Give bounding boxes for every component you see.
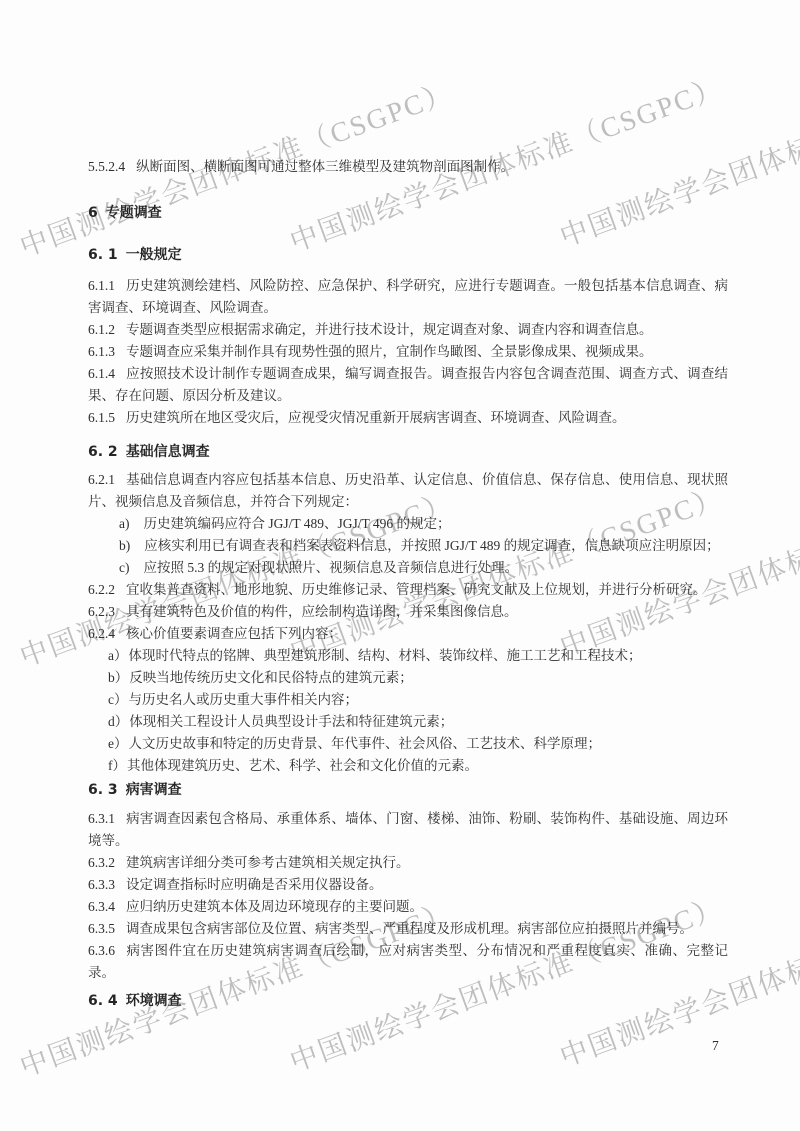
clause-text: 建筑病害详细分类可参考古建筑相关规定执行。 <box>126 855 410 870</box>
list-item-c: c)应按照 5.3 的规定对现状照片、视频信息及音频信息进行处理。 <box>88 557 728 579</box>
list-label: c) <box>119 560 130 575</box>
list-item-c: c）与历史名人或历史重大事件相关内容； <box>88 689 728 711</box>
clause-number: 6.1.2 <box>88 322 115 337</box>
clause-text: 基础信息调查内容应包括基本信息、历史沿革、认定信息、价值信息、保存信息、使用信息… <box>88 472 728 509</box>
section-number: 6. 3 <box>88 782 118 798</box>
clause-text: 调查成果包含病害部位及位置、病害类型、严重程度及形成机理。病害部位应拍摄照片并编… <box>126 921 693 936</box>
section-heading-6.3: 6. 3病害调查 <box>88 779 728 801</box>
list-text: 其他体现建筑历史、艺术、科学、社会和文化价值的元素。 <box>127 758 478 773</box>
section-heading-6.4: 6. 4环境调查 <box>88 990 728 1012</box>
clause-number: 6.1.5 <box>88 410 115 425</box>
clause-6.1.4: 6.1.4应按照技术设计制作专题调查成果，编写调查报告。调查报告内容包含调查范围… <box>88 363 728 407</box>
document-page: 中国测绘学会团体标准（CSGPC） 中国测绘学会团体标准（CSGPC） 中国测绘… <box>0 0 800 1131</box>
list-item-f: f）其他体现建筑历史、艺术、科学、社会和文化价值的元素。 <box>88 755 728 777</box>
clause-number: 6.3.1 <box>88 811 115 826</box>
clause-text: 病害图件宜在历史建筑病害调查后绘制，应对病害类型、分布情况和严重程度真实、准确、… <box>88 943 728 980</box>
list-item-a: a）体现时代特点的铭牌、典型建筑形制、结构、材料、装饰纹样、施工工艺和工程技术； <box>88 645 728 667</box>
list-label: a） <box>108 648 128 663</box>
list-item-a: a)历史建筑编码应符合 JGJ/T 489、JGJ/T 496 的规定； <box>88 513 728 535</box>
list-text: 人文历史故事和特定的历史背景、年代事件、社会风俗、工艺技术、科学原理； <box>129 736 602 751</box>
clause-number: 6.2.3 <box>88 604 115 619</box>
list-label: a) <box>119 516 130 531</box>
clause-text: 应归纳历史建筑本体及周边环境现存的主要问题。 <box>126 899 423 914</box>
section-title: 病害调查 <box>126 782 182 798</box>
chapter-heading-6: 6专题调查 <box>88 202 728 224</box>
section-title: 环境调查 <box>126 993 182 1009</box>
section-number: 6. 4 <box>88 993 118 1009</box>
list-item-e: e）人文历史故事和特定的历史背景、年代事件、社会风俗、工艺技术、科学原理； <box>88 733 728 755</box>
list-label: b） <box>108 670 128 685</box>
clause-number: 6.3.4 <box>88 899 115 914</box>
clause-6.1.3: 6.1.3专题调查应采集并制作具有现势性强的照片，宜制作鸟瞰图、全景影像成果、视… <box>88 341 728 363</box>
clause-text: 专题调查类型应根据需求确定，并进行技术设计，规定调查对象、调查内容和调查信息。 <box>126 322 653 337</box>
list-label: f） <box>108 758 126 773</box>
page-number: 7 <box>712 1038 719 1054</box>
section-title: 一般规定 <box>126 247 182 263</box>
list-item-b: b）反映当地传统历史文化和民俗特点的建筑元素； <box>88 667 728 689</box>
clause-text: 核心价值要素调查应包括下列内容： <box>126 626 342 641</box>
list-text: 应核实利用已有调查表和档案表资料信息，并按照 JGJ/T 489 的规定调查，信… <box>144 538 719 553</box>
clause-text: 宜收集普查资料、地形地貌、历史维修记录、管理档案、研究文献及上位规划，并进行分析… <box>126 582 707 597</box>
clause-6.1.2: 6.1.2专题调查类型应根据需求确定，并进行技术设计，规定调查对象、调查内容和调… <box>88 319 728 341</box>
list-text: 与历史名人或历史重大事件相关内容； <box>129 692 359 707</box>
document-body: 5.5.2.4纵断面图、横断面图可通过整体三维模型及建筑物剖面图制作。 6专题调… <box>88 156 728 1012</box>
chapter-title: 专题调查 <box>106 205 162 221</box>
list-label: c） <box>108 692 128 707</box>
clause-number: 6.2.1 <box>88 472 115 487</box>
section-heading-6.2: 6. 2基础信息调查 <box>88 441 728 463</box>
section-title: 基础信息调查 <box>126 444 210 460</box>
list-text: 体现时代特点的铭牌、典型建筑形制、结构、材料、装饰纹样、施工工艺和工程技术； <box>129 648 642 663</box>
clause-text: 历史建筑测绘建档、风险防控、应急保护、科学研究，应进行专题调查。一般包括基本信息… <box>88 278 728 315</box>
clause-6.3.4: 6.3.4应归纳历史建筑本体及周边环境现存的主要问题。 <box>88 896 728 918</box>
clause-text: 具有建筑特色及价值的构件，应绘制构造详图，并采集图像信息。 <box>126 604 518 619</box>
clause-text: 设定调查指标时应明确是否采用仪器设备。 <box>126 877 383 892</box>
list-text: 应按照 5.3 的规定对现状照片、视频信息及音频信息进行处理。 <box>144 560 519 575</box>
clause-6.3.1: 6.3.1病害调查因素包含格局、承重体系、墙体、门窗、楼梯、油饰、粉刷、装饰构件… <box>88 808 728 852</box>
list-item-b: b)应核实利用已有调查表和档案表资料信息，并按照 JGJ/T 489 的规定调查… <box>88 535 728 557</box>
clause-6.2.4: 6.2.4核心价值要素调查应包括下列内容： <box>88 623 728 645</box>
clause-number: 6.3.3 <box>88 877 115 892</box>
clause-6.1.1: 6.1.1历史建筑测绘建档、风险防控、应急保护、科学研究，应进行专题调查。一般包… <box>88 275 728 319</box>
clause-6.3.3: 6.3.3设定调查指标时应明确是否采用仪器设备。 <box>88 874 728 896</box>
clause-text: 专题调查应采集并制作具有现势性强的照片，宜制作鸟瞰图、全景影像成果、视频成果。 <box>126 344 653 359</box>
clause-number: 6.3.2 <box>88 855 115 870</box>
clause-number: 6.3.6 <box>88 943 115 958</box>
section-heading-6.1: 6. 1一般规定 <box>88 244 728 266</box>
clause-6.3.6: 6.3.6病害图件宜在历史建筑病害调查后绘制，应对病害类型、分布情况和严重程度真… <box>88 940 728 984</box>
section-number: 6. 2 <box>88 444 118 460</box>
list-text: 反映当地传统历史文化和民俗特点的建筑元素； <box>129 670 413 685</box>
clause-text: 历史建筑所在地区受灾后，应视受灾情况重新开展病害调查、环境调查、风险调查。 <box>126 410 626 425</box>
clause-number: 6.1.4 <box>88 366 115 381</box>
clause-number: 6.2.2 <box>88 582 115 597</box>
clause-text: 应按照技术设计制作专题调查成果，编写调查报告。调查报告内容包含调查范围、调查方式… <box>88 366 728 403</box>
list-label: e） <box>108 736 128 751</box>
clause-6.1.5: 6.1.5历史建筑所在地区受灾后，应视受灾情况重新开展病害调查、环境调查、风险调… <box>88 407 728 429</box>
clause-text: 纵断面图、横断面图可通过整体三维模型及建筑物剖面图制作。 <box>136 159 514 174</box>
section-number: 6. 1 <box>88 247 118 263</box>
clause-5.5.2.4: 5.5.2.4纵断面图、横断面图可通过整体三维模型及建筑物剖面图制作。 <box>88 156 728 178</box>
clause-number: 6.1.1 <box>88 278 115 293</box>
clause-number: 6.3.5 <box>88 921 115 936</box>
list-item-d: d）体现相关工程设计人员典型设计手法和特征建筑元素； <box>88 711 728 733</box>
chapter-number: 6 <box>88 205 98 221</box>
clause-text: 病害调查因素包含格局、承重体系、墙体、门窗、楼梯、油饰、粉刷、装饰构件、基础设施… <box>88 811 728 848</box>
clause-number: 6.2.4 <box>88 626 115 641</box>
list-label: d） <box>108 714 128 729</box>
clause-6.3.2: 6.3.2建筑病害详细分类可参考古建筑相关规定执行。 <box>88 852 728 874</box>
clause-number: 6.1.3 <box>88 344 115 359</box>
clause-6.2.2: 6.2.2宜收集普查资料、地形地貌、历史维修记录、管理档案、研究文献及上位规划，… <box>88 579 728 601</box>
list-label: b) <box>119 538 130 553</box>
clause-number: 5.5.2.4 <box>88 159 125 174</box>
list-text: 历史建筑编码应符合 JGJ/T 489、JGJ/T 496 的规定； <box>144 516 451 531</box>
clause-6.2.3: 6.2.3具有建筑特色及价值的构件，应绘制构造详图，并采集图像信息。 <box>88 601 728 623</box>
clause-6.3.5: 6.3.5调查成果包含病害部位及位置、病害类型、严重程度及形成机理。病害部位应拍… <box>88 918 728 940</box>
clause-6.2.1: 6.2.1基础信息调查内容应包括基本信息、历史沿革、认定信息、价值信息、保存信息… <box>88 469 728 513</box>
list-text: 体现相关工程设计人员典型设计手法和特征建筑元素； <box>129 714 453 729</box>
